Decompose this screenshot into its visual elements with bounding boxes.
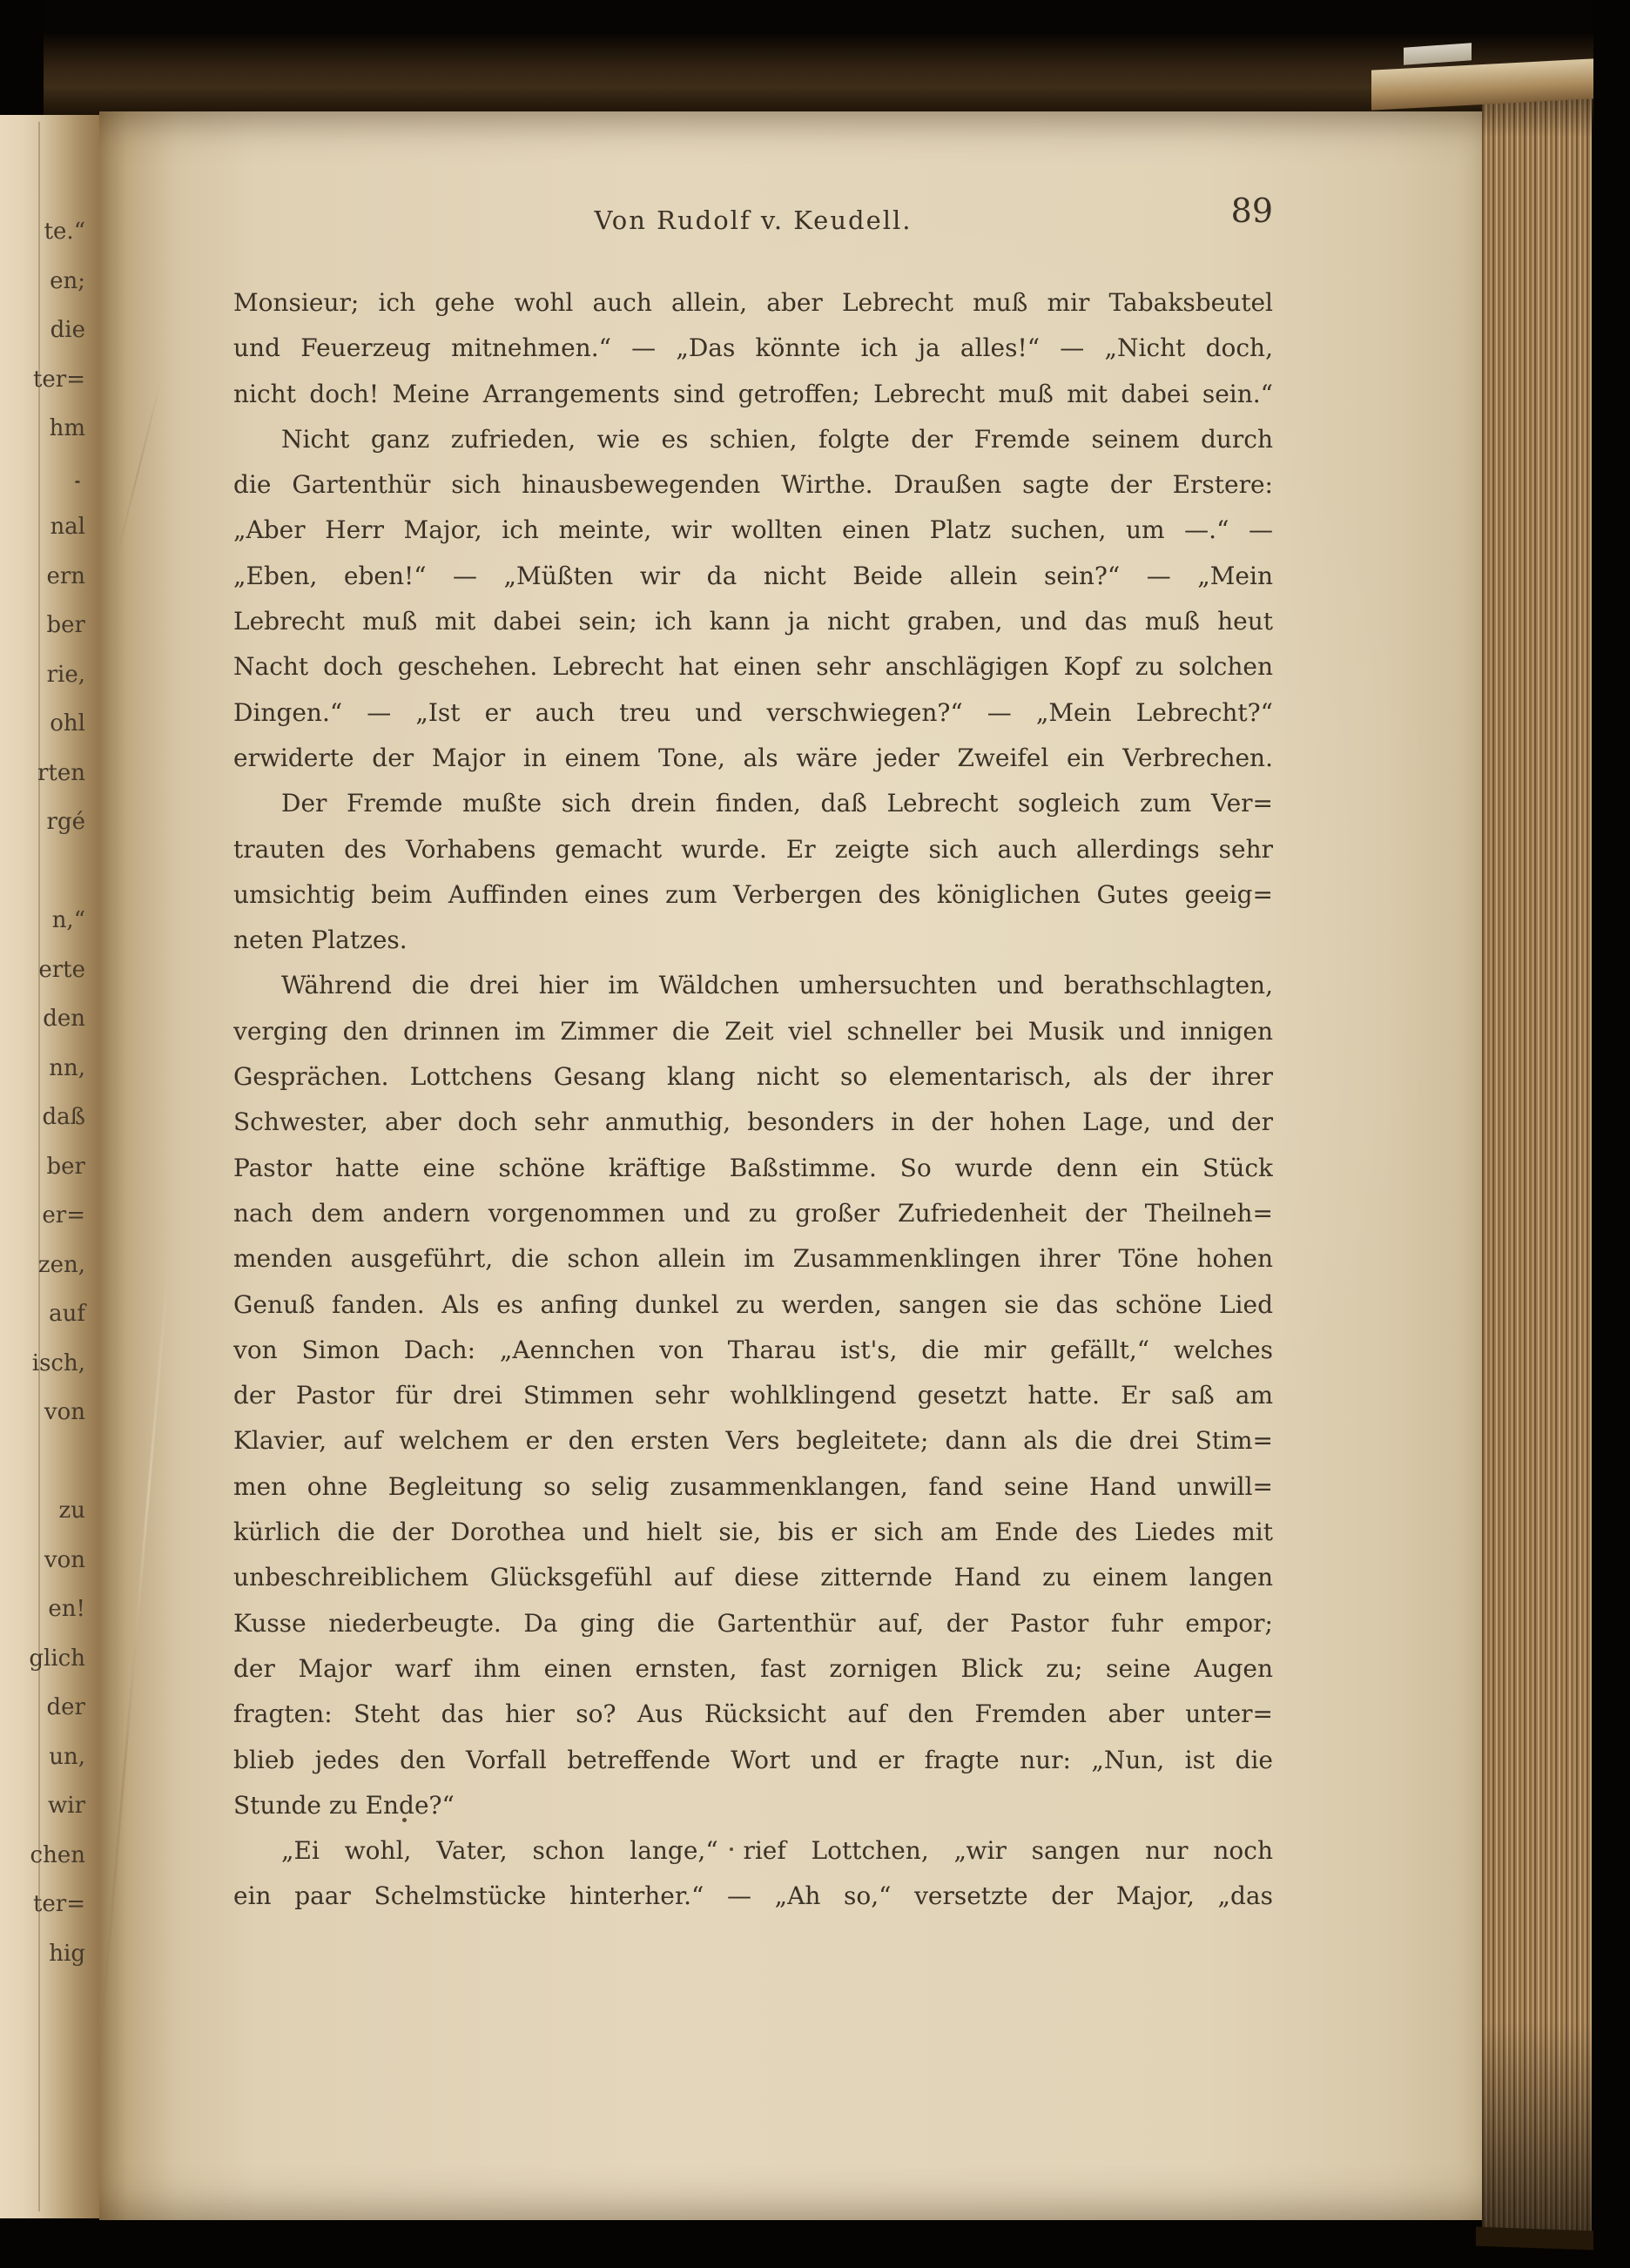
text-line: Nicht ganz zufrieden, wie es schien, fol… xyxy=(233,417,1273,462)
text-line: men ohne Begleitung so selig zusammenkla… xyxy=(233,1464,1273,1510)
text-line: neten Platzes. xyxy=(233,918,1273,963)
text-line: verging den drinnen im Zimmer die Zeit v… xyxy=(233,1009,1273,1054)
text-line: nach dem andern vorgenommen und zu große… xyxy=(233,1191,1273,1236)
text-line: Lebrecht muß mit dabei sein; ich kann ja… xyxy=(233,599,1273,644)
text-block: Monsieur; ich gehe wohl auch allein, abe… xyxy=(233,280,1273,1920)
running-header-title: Von Rudolf v. Keudell. xyxy=(233,205,1273,235)
page-stack-bottom-edge xyxy=(1476,2227,1593,2251)
paragraph: Der Fremde mußte sich drein finden, daß … xyxy=(233,781,1273,963)
text-line: umsichtig beim Auffinden eines zum Verbe… xyxy=(233,872,1273,918)
text-line: unbeschreiblichem Glücksgefühl auf diese… xyxy=(233,1555,1273,1600)
text-line: menden ausgeführt, die schon allein im Z… xyxy=(233,1236,1273,1282)
paragraph: Monsieur; ich gehe wohl auch allein, abe… xyxy=(233,280,1273,417)
facing-page-edge xyxy=(0,115,99,2218)
text-line: Der Fremde mußte sich drein finden, daß … xyxy=(233,781,1273,826)
text-line: fragten: Steht das hier so? Aus Rücksich… xyxy=(233,1692,1273,1737)
text-line: die Gartenthür sich hinausbewegenden Wir… xyxy=(233,462,1273,508)
paragraph: Während die drei hier im Wäldchen umhers… xyxy=(233,963,1273,1828)
fore-edge-page-stack xyxy=(1482,77,1592,2238)
text-line: Während die drei hier im Wäldchen umhers… xyxy=(233,963,1273,1008)
gutter-fold-line xyxy=(38,122,40,2211)
page-number: 89 xyxy=(1167,192,1273,230)
text-line: „Aber Herr Major, ich meinte, wir wollte… xyxy=(233,508,1273,553)
text-line: Schwester, aber doch sehr anmuthig, beso… xyxy=(233,1100,1273,1145)
text-line: „Ei wohl, Vater, schon lange,“ rief Lott… xyxy=(233,1828,1273,1874)
paragraph: Nicht ganz zufrieden, wie es schien, fol… xyxy=(233,417,1273,781)
text-line: Kusse niederbeugte. Da ging die Gartenth… xyxy=(233,1601,1273,1646)
text-line: Nacht doch geschehen. Lebrecht hat einen… xyxy=(233,644,1273,690)
text-line: Stunde zu Ende?“ xyxy=(233,1783,1273,1828)
text-line: „Eben, eben!“ — „Müßten wir da nicht Bei… xyxy=(233,554,1273,599)
text-line: Monsieur; ich gehe wohl auch allein, abe… xyxy=(233,280,1273,326)
text-line: der Pastor für drei Stimmen sehr wohlkli… xyxy=(233,1373,1273,1418)
text-line: kürlich die der Dorothea und hielt sie, … xyxy=(233,1510,1273,1555)
text-line: trauten des Vorhabens gemacht wurde. Er … xyxy=(233,827,1273,872)
text-line: nicht doch! Meine Arrangements sind getr… xyxy=(233,372,1273,417)
text-line: Gesprächen. Lottchens Gesang klang nicht… xyxy=(233,1054,1273,1100)
text-line: Klavier, auf welchem er den ersten Vers … xyxy=(233,1418,1273,1464)
text-line: ein paar Schelmstücke hinterher.“ — „Ah … xyxy=(233,1874,1273,1919)
text-line: blieb jedes den Vorfall betreffende Wort… xyxy=(233,1738,1273,1783)
text-line: erwiderte der Major in einem Tone, als w… xyxy=(233,736,1273,781)
text-line: der Major warf ihm einen ernsten, fast z… xyxy=(233,1646,1273,1692)
text-line: und Feuerzeug mitnehmen.“ — „Das könnte … xyxy=(233,326,1273,371)
text-line: von Simon Dach: „Aennchen von Tharau ist… xyxy=(233,1328,1273,1373)
paragraph: „Ei wohl, Vater, schon lange,“ rief Lott… xyxy=(233,1828,1273,1920)
text-line: Dingen.“ — „Ist er auch treu und verschw… xyxy=(233,690,1273,736)
paper-speck xyxy=(75,481,80,483)
text-line: Pastor hatte eine schöne kräftige Baßsti… xyxy=(233,1146,1273,1191)
text-line: Genuß fanden. Als es anfing dunkel zu we… xyxy=(233,1282,1273,1328)
